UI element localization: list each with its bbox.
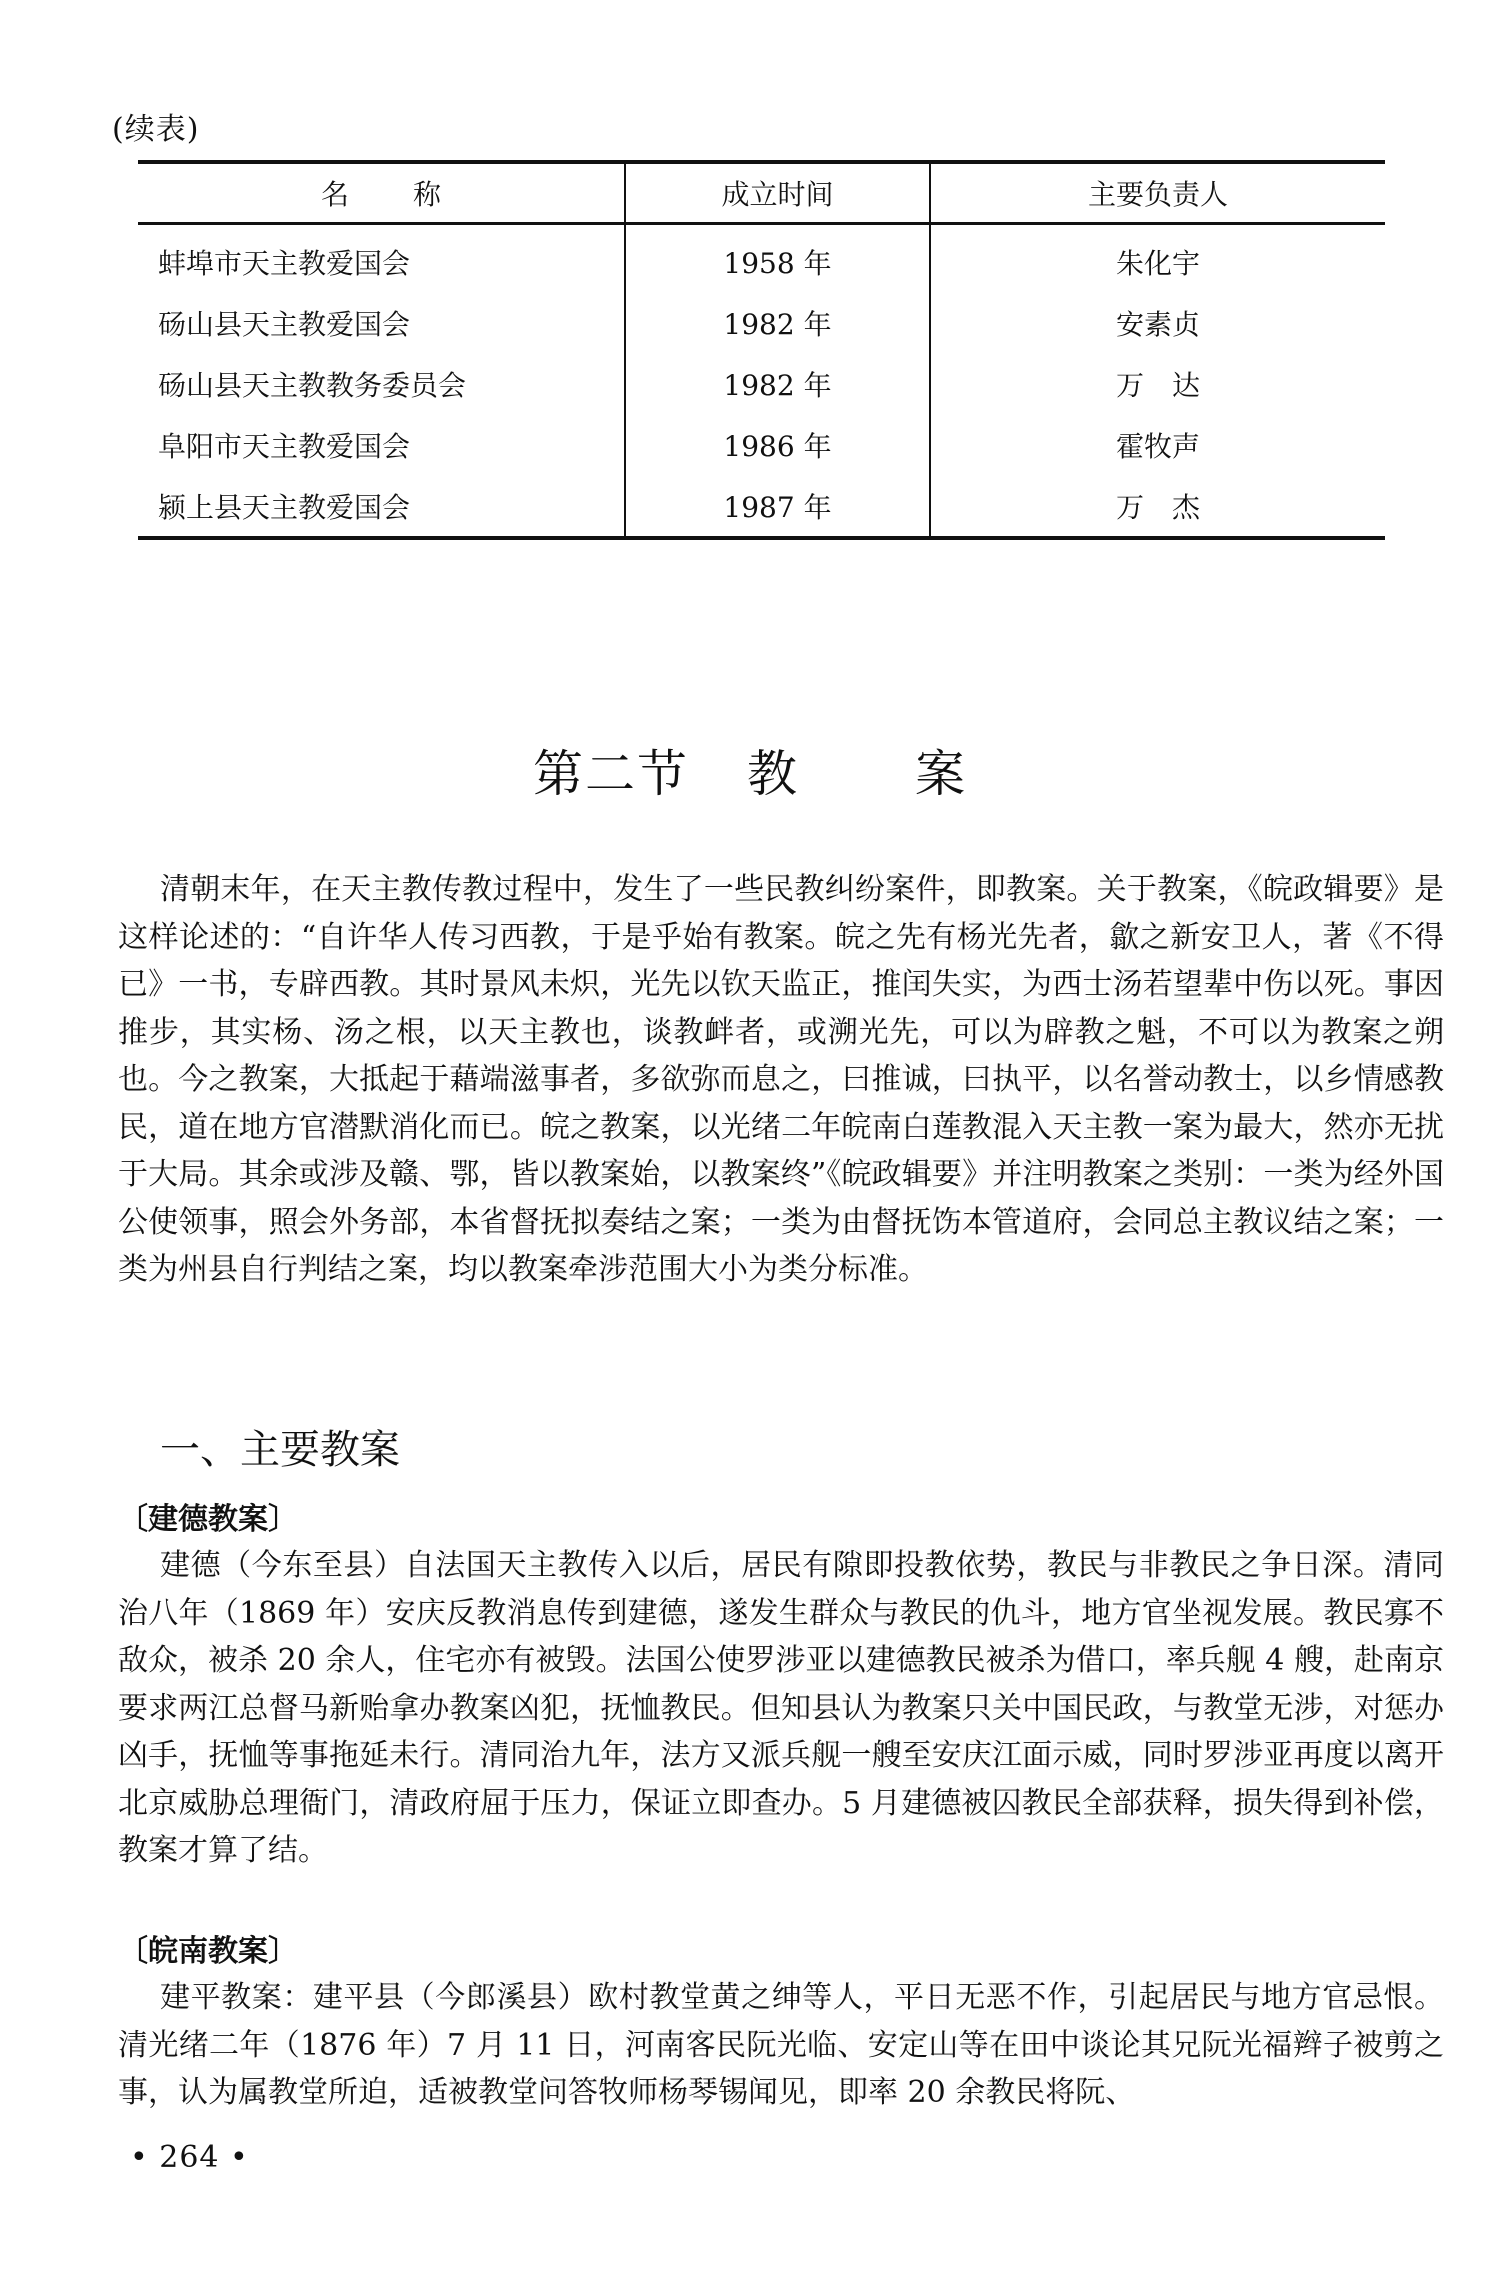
leader-name: 万 杰 <box>930 475 1385 538</box>
column-header-leader: 主要负责人 <box>930 162 1385 224</box>
column-header-founded: 成立时间 <box>625 162 930 224</box>
founded-year: 1982 年 <box>625 353 930 414</box>
case-heading-wannan: 〔皖南教案〕 <box>118 1926 298 1970</box>
table-header-row: 名称 成立时间 主要负责人 <box>138 162 1385 224</box>
founded-year: 1986 年 <box>625 414 930 475</box>
org-name: 砀山县天主教爱国会 <box>138 292 625 353</box>
table-row: 砀山县天主教教务委员会 1982 年 万 达 <box>138 353 1385 414</box>
table-row: 蚌埠市天主教爱国会 1958 年 朱化宇 <box>138 224 1385 293</box>
table-row: 阜阳市天主教爱国会 1986 年 霍牧声 <box>138 414 1385 475</box>
founded-year: 1982 年 <box>625 292 930 353</box>
table-continuation-label: (续表) <box>112 104 199 148</box>
organizations-table: 名称 成立时间 主要负责人 蚌埠市天主教爱国会 1958 年 朱化宇 砀山县天主… <box>138 160 1385 540</box>
leader-name: 霍牧声 <box>930 414 1385 475</box>
leader-name: 万 达 <box>930 353 1385 414</box>
case-paragraph-jiande: 建德（今东至县）自法国天主教传入以后，居民有隙即投教依势，教民与非教民之争日深。… <box>118 1542 1444 1875</box>
org-name: 颍上县天主教爱国会 <box>138 475 625 538</box>
table-row: 颍上县天主教爱国会 1987 年 万 杰 <box>138 475 1385 538</box>
subsection-title: 一、主要教案 <box>160 1418 400 1475</box>
org-name: 阜阳市天主教爱国会 <box>138 414 625 475</box>
section-title-word2: 案 <box>915 745 967 803</box>
page-number: • 264 • <box>130 2140 249 2175</box>
intro-paragraph: 清朝末年，在天主教传教过程中，发生了一些民教纠纷案件，即教案。关于教案，《皖政辑… <box>118 866 1444 1294</box>
table-row: 砀山县天主教爱国会 1982 年 安素贞 <box>138 292 1385 353</box>
founded-year: 1958 年 <box>625 224 930 293</box>
section-title-number: 第二节 <box>533 745 689 803</box>
case-heading-jiande: 〔建德教案〕 <box>118 1494 298 1538</box>
section-title: 第二节教案 <box>0 734 1500 806</box>
case-paragraph-wannan: 建平教案：建平县（今郎溪县）欧村教堂黄之绅等人，平日无恶不作，引起居民与地方官忌… <box>118 1974 1444 2117</box>
leader-name: 安素贞 <box>930 292 1385 353</box>
org-name: 砀山县天主教教务委员会 <box>138 353 625 414</box>
leader-name: 朱化宇 <box>930 224 1385 293</box>
founded-year: 1987 年 <box>625 475 930 538</box>
org-name: 蚌埠市天主教爱国会 <box>138 224 625 293</box>
column-header-name: 名称 <box>138 162 625 224</box>
section-title-word1: 教 <box>747 745 799 803</box>
